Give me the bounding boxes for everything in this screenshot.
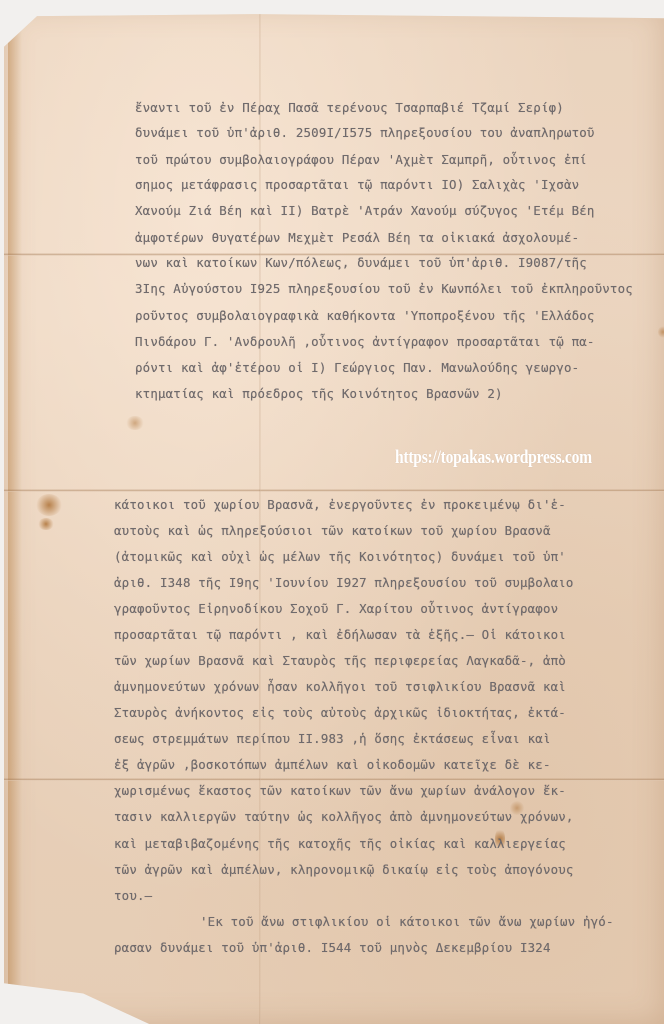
text-line: ἀμνημονεύτων χρόνων ἦσαν κολλῆγοι τοῦ τσ…	[114, 679, 566, 694]
text-line: του.—	[114, 888, 152, 903]
text-line: Χανούμ Ζιά Βέη καὶ ΙΙ) Βατρὲ 'Ατράν Χανο…	[135, 203, 595, 218]
text-line: σημος μετάφρασις προσαρτᾶται τῷ παρόντι …	[135, 177, 579, 192]
paper-edge-shading	[8, 26, 22, 986]
text-line: γραφοῦντος Εἰρηνοδίκου Σοχοῦ Γ. Χαρίτου …	[114, 601, 558, 616]
text-line: ροῦντος συμβολαιογραφικὰ καθήκοντα 'Υποπ…	[135, 308, 595, 323]
stain-spot	[126, 416, 144, 430]
text-line: ἐξ ἀγρῶν ,βοσκοτόπων ἀμπέλων καὶ οἰκοδομ…	[114, 757, 551, 772]
text-line: ρασαν δυνάμει τοῦ ὑπ'ἀριθ. Ι544 τοῦ μηνὸ…	[114, 940, 551, 955]
text-line: 3Ιης Αὐγούστου Ι925 πληρεξουσίου τοῦ ἐν …	[135, 281, 633, 296]
text-line: ἀμφοτέρων θυγατέρων Μεχμὲτ Ρεσάλ Βέη τα …	[135, 230, 579, 245]
text-line: ἀριθ. Ι348 τῆς Ι9ης 'Ιουνίου Ι927 πληρεξ…	[114, 575, 574, 590]
fold-crease	[4, 778, 664, 781]
text-line: σεως στρεμμάτων περίπου ΙΙ.983 ,ἡ ὅσης ἐ…	[114, 731, 551, 746]
text-line: Σταυρὸς ἀνήκοντος εἰς τοὺς αὐτοὺς ἀρχικῶ…	[114, 705, 566, 720]
text-line: 'Εκ τοῦ ἄνω στιφλικίου οἱ κάτοικοι τῶν ἄ…	[200, 914, 614, 929]
text-line: χωρισμένως ἕκαστος τῶν κατοίκων τῶν ἄνω …	[114, 783, 566, 798]
text-line: Πινδάρου Γ. 'Ανδρουλῆ ,οὗτινος ἀντίγραφο…	[135, 334, 595, 349]
text-line: δυνάμει τοῦ ὑπ'ἀριθ. 2509Ι/Ι575 πληρεξου…	[135, 125, 595, 140]
text-line: ἔναντι τοῦ ἐν Πέραχ Πασᾶ τερένους Τσαρπα…	[135, 100, 564, 115]
text-line: κάτοικοι τοῦ χωρίου Βρασνᾶ, ἐνεργοῦντες …	[114, 497, 566, 512]
text-line: ρόντι καὶ ἀφ'ἑτέρου οἱ Ι) Γεώργιος Παν. …	[135, 360, 579, 375]
stain-spot	[36, 494, 62, 516]
text-line: τῶν ἀγρῶν καὶ ἀμπέλων, κληρονομικῷ δικαί…	[114, 862, 574, 877]
text-line: προσαρτᾶται τῷ παρόντι , καὶ ἐδήλωσαν τὰ…	[114, 627, 566, 642]
stain-spot	[658, 326, 664, 338]
text-line: καὶ μεταβιβαζομένης τῆς κατοχῆς τῆς οἰκί…	[114, 836, 566, 851]
text-line: τῶν χωρίων Βρασνᾶ καὶ Σταυρὸς τῆς περιφε…	[114, 653, 566, 668]
text-line: κτηματίας καὶ πρόεδρος τῆς Κοινότητος Βρ…	[135, 386, 503, 401]
text-line: τοῦ πρώτου συμβολαιογράφου Πέραν 'Αχμὲτ …	[135, 152, 587, 167]
stain-spot	[38, 518, 54, 530]
text-line: τασιν καλλιεργῶν ταύτην ὡς κολλῆγος ἀπὸ …	[114, 809, 574, 824]
text-line: νων καὶ κατοίκων Κων/πόλεως, δυνάμει τοῦ…	[135, 255, 587, 270]
text-line: αυτοὺς καὶ ὡς πληρεξούσιοι τῶν κατοίκων …	[114, 523, 551, 538]
watermark-url: https://topakas.wordpress.com	[395, 447, 592, 469]
text-line: (ἀτομικῶς καὶ οὐχὶ ὡς μέλων τῆς Κοινότητ…	[114, 549, 566, 564]
fold-crease	[4, 489, 664, 492]
